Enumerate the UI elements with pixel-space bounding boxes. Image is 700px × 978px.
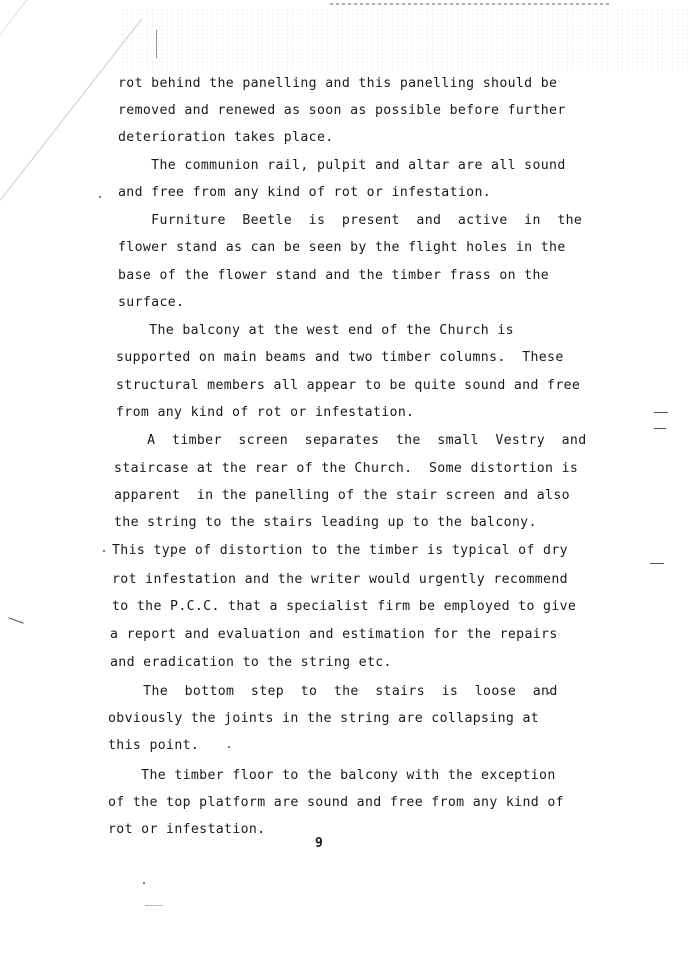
scan-noise	[120, 8, 690, 73]
text-line: to the P.C.C. that a specialist firm be …	[112, 599, 576, 615]
text-line: from any kind of rot or infestation.	[116, 405, 414, 421]
text-line: apparent in the panelling of the stair s…	[114, 488, 570, 504]
text-line: The bottom step to the stairs is loose a…	[110, 684, 558, 700]
scan-artifact-strip	[330, 3, 610, 5]
text-line: The balcony at the west end of the Churc…	[116, 323, 514, 339]
text-line: supported on main beams and two timber c…	[116, 350, 564, 366]
text-line: removed and renewed as soon as possible …	[118, 103, 566, 119]
text-line: This type of distortion to the timber is…	[112, 543, 568, 559]
text-line: The communion rail, pulpit and altar are…	[118, 158, 566, 174]
text-line: deterioration takes place.	[118, 130, 334, 146]
scan-speck	[143, 882, 145, 884]
text-line: base of the flower stand and the timber …	[118, 268, 549, 284]
text-line: Furniture Beetle is present and active i…	[118, 213, 582, 229]
text-line: surface.	[118, 295, 184, 311]
text-line: and free from any kind of rot or infesta…	[118, 185, 491, 201]
text-line: rot or infestation.	[108, 822, 266, 838]
scan-speck	[548, 692, 550, 694]
page-number: 9	[315, 836, 323, 851]
margin-mark	[650, 563, 664, 564]
margin-mark	[654, 428, 666, 429]
scan-speck	[228, 746, 230, 748]
text-line: of the top platform are sound and free f…	[108, 795, 564, 811]
text-line: this point.	[108, 738, 199, 754]
text-line: staircase at the rear of the Church. Som…	[114, 461, 578, 477]
margin-mark	[654, 412, 668, 413]
margin-mark	[8, 617, 23, 623]
text-line: and eradication to the string etc.	[110, 655, 392, 671]
text-line: the string to the stairs leading up to t…	[114, 515, 537, 531]
document-page: rot behind the panelling and this panell…	[0, 0, 700, 978]
text-line: A timber screen separates the small Vest…	[114, 433, 587, 449]
scan-speck	[99, 196, 101, 198]
text-line: flower stand as can be seen by the fligh…	[118, 240, 566, 256]
text-line: rot behind the panelling and this panell…	[118, 76, 557, 92]
scan-speck	[103, 550, 105, 552]
text-line: obviously the joints in the string are c…	[108, 711, 539, 727]
text-line: rot infestation and the writer would urg…	[112, 572, 568, 588]
scan-artifact-mark	[156, 30, 157, 58]
text-line: The timber floor to the balcony with the…	[108, 768, 556, 784]
text-line: structural members all appear to be quit…	[116, 378, 580, 394]
text-line: a report and evaluation and estimation f…	[110, 627, 558, 643]
margin-mark	[145, 905, 163, 906]
page-fold-edge	[0, 0, 120, 86]
